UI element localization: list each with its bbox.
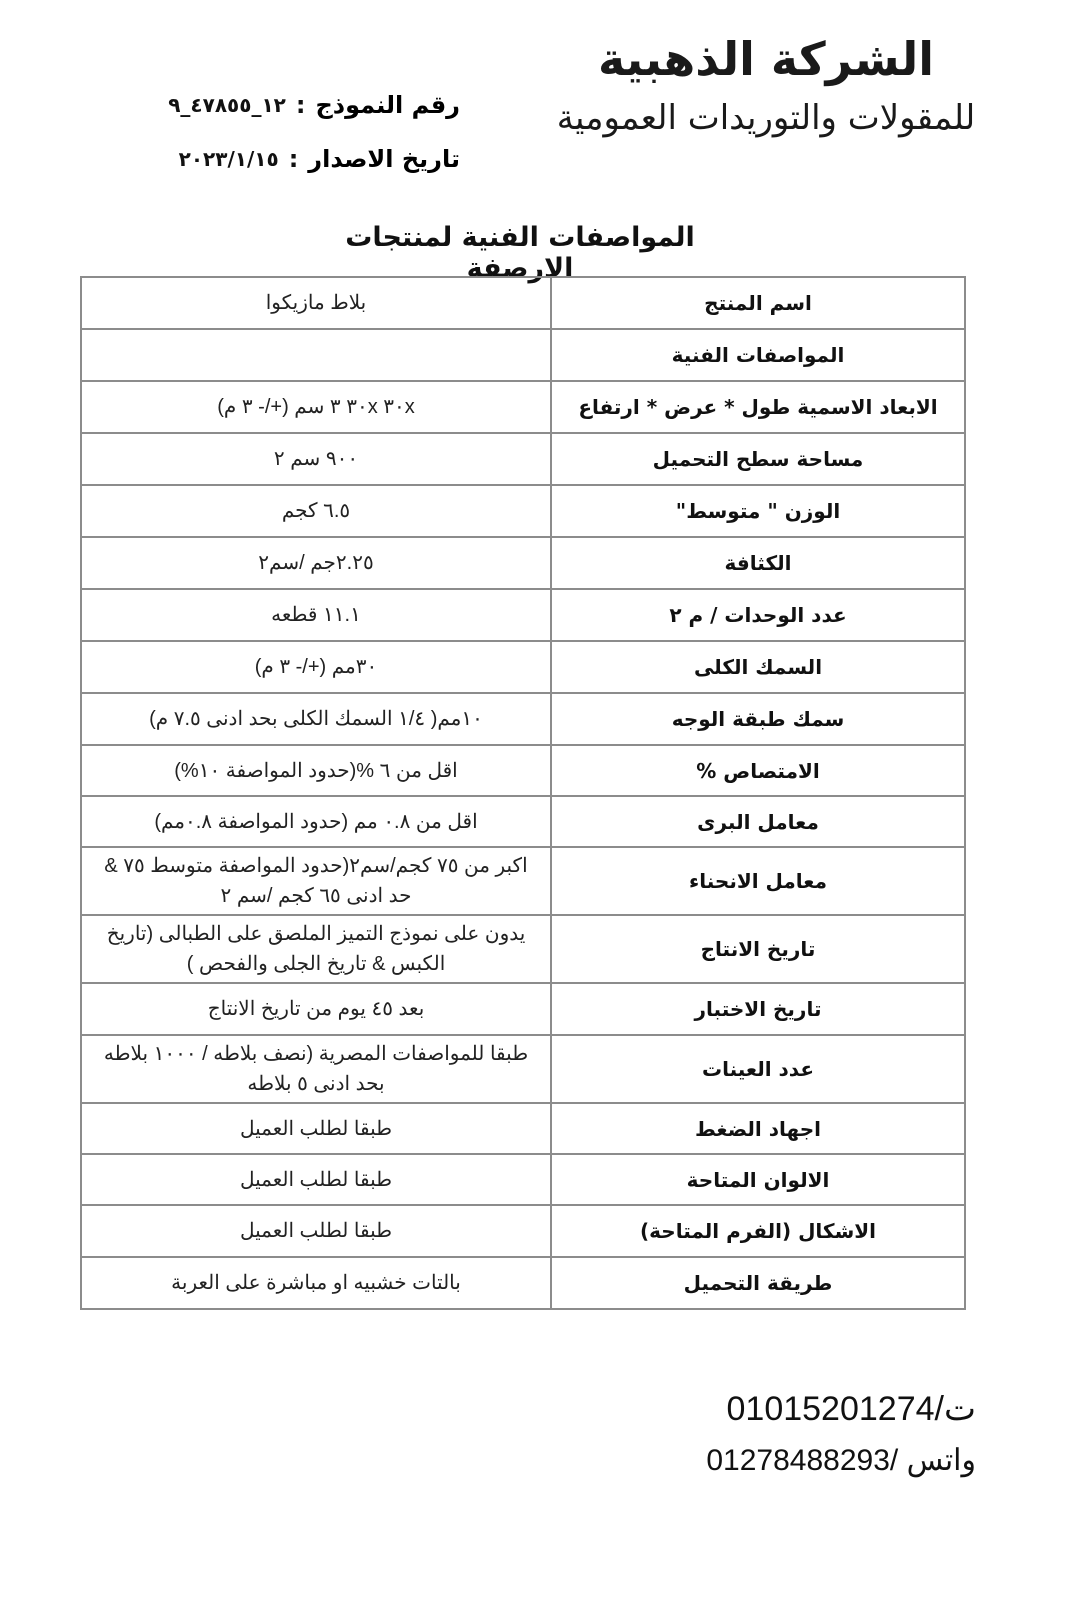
- table-row: تاريخ الانتاج يدون على نموذج التميز المل…: [81, 915, 965, 983]
- table-row: الامتصاص % اقل من ٦ %(حدود المواصفة ١٠%): [81, 745, 965, 796]
- table-row: معامل الانحناء اكبر من ٧٥ كجم/سم٢(حدود ا…: [81, 847, 965, 915]
- specs-table: اسم المنتج بلاط مازيكوا المواصفات الفنية…: [80, 276, 966, 1310]
- spec-value: ٣٠x ٣٠x ٣ سم (+/- ٣ م): [81, 381, 551, 433]
- spec-label: اسم المنتج: [551, 277, 965, 329]
- table-row: مساحة سطح التحميل ٩٠٠ سم ٢: [81, 433, 965, 485]
- table-row: طريقة التحميل بالتات خشبيه او مباشرة على…: [81, 1257, 965, 1309]
- whatsapp-label: واتس /: [890, 1444, 976, 1477]
- spec-label: الوزن " متوسط": [551, 485, 965, 537]
- spec-value: ١٠مم( ١/٤ السمك الكلى بحد ادنى ٧.٥ م): [81, 693, 551, 745]
- company-name: الشركة الذهبية: [556, 30, 976, 88]
- whatsapp-line: 01278488293واتس /: [706, 1439, 976, 1483]
- spec-value: ٣٠مم (+/- ٣ م): [81, 641, 551, 693]
- issue-date-row: تاريخ الاصدار : ٢٠٢٣/١/١٥: [150, 132, 460, 186]
- spec-label: الاشكال (الفرم المتاحة): [551, 1205, 965, 1257]
- spec-value: ٦.٥ كجم: [81, 485, 551, 537]
- spec-label: المواصفات الفنية: [551, 329, 965, 381]
- spec-value: اقل من ٦ %(حدود المواصفة ١٠%): [81, 745, 551, 796]
- table-row: المواصفات الفنية: [81, 329, 965, 381]
- separator: :: [296, 91, 306, 119]
- whatsapp-number: 01278488293: [706, 1444, 890, 1477]
- spec-label: معامل الانحناء: [551, 847, 965, 915]
- company-tagline: للمقولات والتوريدات العمومية: [556, 94, 976, 142]
- phone-number: 01015201274: [727, 1390, 935, 1428]
- spec-value: اقل من ٠.٨ مم (حدود المواصفة ٠.٨مم): [81, 796, 551, 847]
- phone-label: ت/: [935, 1390, 976, 1428]
- table-row: الاشكال (الفرم المتاحة) طبقا لطلب العميل: [81, 1205, 965, 1257]
- spec-value: بلاط مازيكوا: [81, 277, 551, 329]
- separator: :: [289, 145, 299, 173]
- spec-label: سمك طبقة الوجه: [551, 693, 965, 745]
- table-row: الالوان المتاحة طبقا لطلب العميل: [81, 1154, 965, 1205]
- spec-label: الكثافة: [551, 537, 965, 589]
- table-row: عدد الوحدات / م ٢ ١١.١ قطعه: [81, 589, 965, 641]
- table-row: الوزن " متوسط" ٦.٥ كجم: [81, 485, 965, 537]
- table-row: السمك الكلى ٣٠مم (+/- ٣ م): [81, 641, 965, 693]
- spec-label: مساحة سطح التحميل: [551, 433, 965, 485]
- spec-label: اجهاد الضغط: [551, 1103, 965, 1154]
- company-header: الشركة الذهبية للمقولات والتوريدات العمو…: [556, 30, 976, 142]
- spec-value: اكبر من ٧٥ كجم/سم٢(حدود المواصفة متوسط ٧…: [81, 847, 551, 915]
- spec-value: طبقا لطلب العميل: [81, 1103, 551, 1154]
- table-row: تاريخ الاختبار بعد ٤٥ يوم من تاريخ الانت…: [81, 983, 965, 1035]
- form-meta: رقم النموذج : ١٢_٤٧٨٥٥_٩ تاريخ الاصدار :…: [150, 78, 460, 186]
- table-row: اجهاد الضغط طبقا لطلب العميل: [81, 1103, 965, 1154]
- spec-label: تاريخ الاختبار: [551, 983, 965, 1035]
- spec-value: بالتات خشبيه او مباشرة على العربة: [81, 1257, 551, 1309]
- phone-line: 01015201274ت/: [706, 1385, 976, 1433]
- table-row: الكثافة ٢.٢٥جم /سم٢: [81, 537, 965, 589]
- spec-value: ٩٠٠ سم ٢: [81, 433, 551, 485]
- form-number-value: ١٢_٤٧٨٥٥_٩: [168, 93, 286, 117]
- table-row: الابعاد الاسمية طول * عرض * ارتفاع ٣٠x ٣…: [81, 381, 965, 433]
- spec-value: بعد ٤٥ يوم من تاريخ الانتاج: [81, 983, 551, 1035]
- form-number-label: رقم النموذج: [316, 91, 461, 119]
- spec-value: طبقا لطلب العميل: [81, 1154, 551, 1205]
- spec-label: السمك الكلى: [551, 641, 965, 693]
- issue-date-label: تاريخ الاصدار: [308, 145, 460, 173]
- spec-label: الابعاد الاسمية طول * عرض * ارتفاع: [551, 381, 965, 433]
- table-row: عدد العينات طبقا للمواصفات المصرية (نصف …: [81, 1035, 965, 1103]
- spec-label: طريقة التحميل: [551, 1257, 965, 1309]
- table-row: معامل البرى اقل من ٠.٨ مم (حدود المواصفة…: [81, 796, 965, 847]
- table-row: سمك طبقة الوجه ١٠مم( ١/٤ السمك الكلى بحد…: [81, 693, 965, 745]
- spec-label: الامتصاص %: [551, 745, 965, 796]
- spec-value: طبقا لطلب العميل: [81, 1205, 551, 1257]
- spec-label: عدد العينات: [551, 1035, 965, 1103]
- spec-label: معامل البرى: [551, 796, 965, 847]
- spec-value: طبقا للمواصفات المصرية (نصف بلاطه / ١٠٠٠…: [81, 1035, 551, 1103]
- spec-label: الالوان المتاحة: [551, 1154, 965, 1205]
- spec-label: تاريخ الانتاج: [551, 915, 965, 983]
- spec-value: ١١.١ قطعه: [81, 589, 551, 641]
- spec-value: ٢.٢٥جم /سم٢: [81, 537, 551, 589]
- spec-label: عدد الوحدات / م ٢: [551, 589, 965, 641]
- table-row: اسم المنتج بلاط مازيكوا: [81, 277, 965, 329]
- issue-date-value: ٢٠٢٣/١/١٥: [179, 147, 279, 171]
- spec-value: [81, 329, 551, 381]
- document-title: المواصفات الفنية لمنتجات الارصفة: [300, 222, 740, 284]
- form-number-row: رقم النموذج : ١٢_٤٧٨٥٥_٩: [150, 78, 460, 132]
- contact-info: 01015201274ت/ 01278488293واتس /: [706, 1385, 976, 1483]
- spec-value: يدون على نموذج التميز الملصق على الطبالى…: [81, 915, 551, 983]
